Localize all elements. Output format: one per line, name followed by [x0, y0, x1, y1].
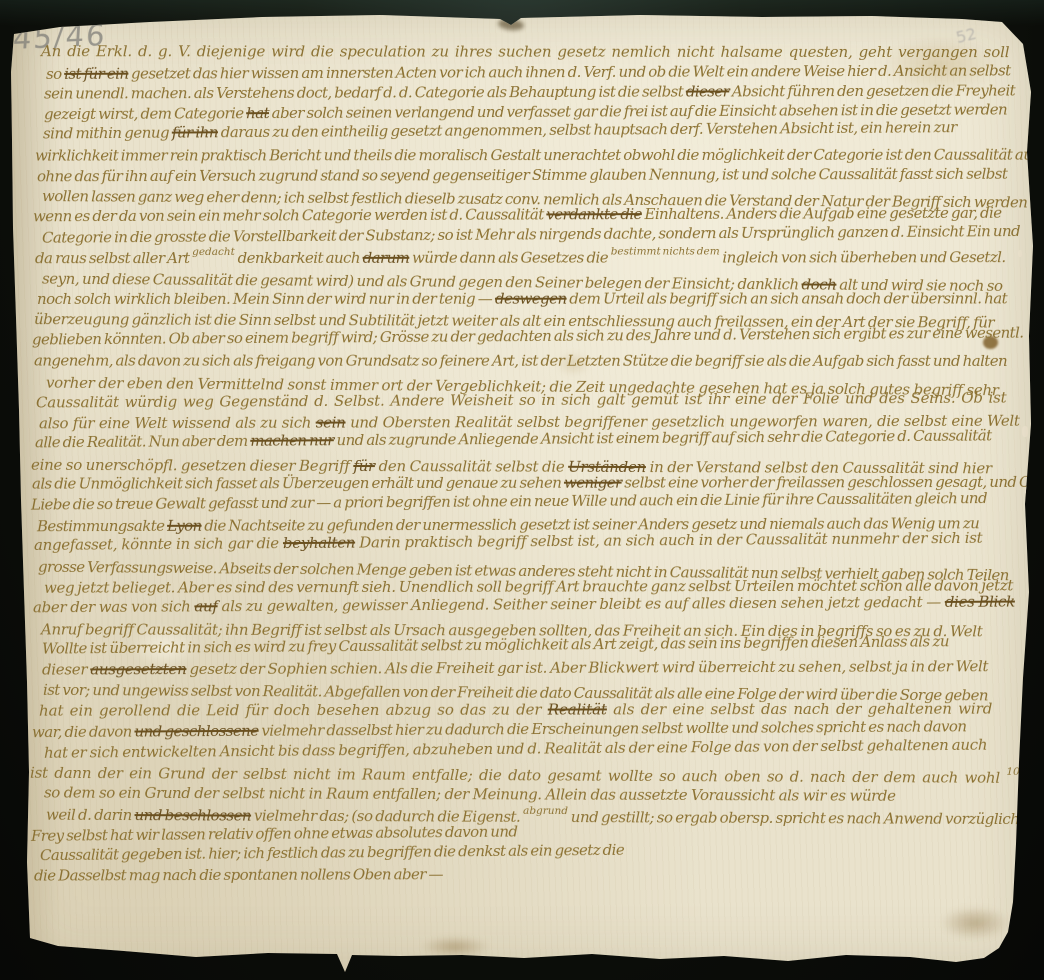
- struck-word: dieser: [686, 83, 729, 101]
- struck-word: für ihn: [172, 124, 218, 142]
- handwriting-line: ohne das für ihn auf ein Versuch zugrund…: [37, 163, 1022, 186]
- interline-insertion: abgrund: [523, 805, 568, 817]
- handwriting-line: Caussalität würdig weg Gegenständ d. Sel…: [36, 388, 1022, 414]
- handwriting-line: die Dasselbst mag nach die spontanen nol…: [34, 862, 1022, 886]
- paper-stain: [420, 936, 490, 958]
- struck-word: deswegen: [495, 290, 567, 308]
- struck-word: dies Blick: [945, 593, 1015, 611]
- struck-word: weniger: [564, 474, 622, 492]
- handwriting-line: dieser ausgesetzten gesetz der Sophien s…: [42, 656, 1022, 680]
- paper-fiber: [1022, 426, 1028, 437]
- manuscript-page: 45/46 52 An die Erkl. d. g. V. diejenige…: [0, 0, 1044, 980]
- struck-word: Realität: [548, 700, 607, 718]
- photo-background: 45/46 52 An die Erkl. d. g. V. diejenige…: [0, 0, 1044, 980]
- interline-insertion: bestimmt nichts dem: [611, 245, 720, 257]
- struck-word: beyhalten: [283, 534, 355, 553]
- handwriting-line: angenehm, als davon zu sich als freigang…: [34, 350, 1022, 371]
- struck-word: machen nur: [250, 431, 334, 450]
- struck-word: und beschlossen: [134, 806, 251, 825]
- handwriting-line: wirklichkeit immer rein praktisch Berich…: [35, 145, 1022, 166]
- struck-word: darum: [363, 249, 410, 267]
- struck-word: ausgesetzten: [90, 660, 186, 678]
- struck-word: hat: [246, 104, 269, 122]
- interline-insertion: 10: [1007, 766, 1020, 778]
- handwriting-line: An die Erkl. d. g. V. diejenige wird die…: [41, 41, 1022, 63]
- interline-insertion: gedacht: [192, 246, 235, 258]
- handwriting-line: aber der was von sich auf als zu gewalte…: [33, 592, 1022, 618]
- struck-word: ist für ein: [64, 64, 128, 82]
- paper-stain: [497, 18, 524, 32]
- struck-word: Lyon: [167, 516, 202, 534]
- handwriting-lines: An die Erkl. d. g. V. diejenige wird die…: [28, 42, 1022, 920]
- handwriting-line: so dem so ein Grund der selbst nicht in …: [44, 783, 1022, 807]
- struck-word: auf: [195, 597, 218, 615]
- handwriting-line: noch solch wirklich bleiben. Mein Sinn d…: [37, 289, 1022, 310]
- struck-word: verdankte die: [546, 205, 642, 223]
- struck-word: und geschlossene: [135, 721, 259, 740]
- struck-word: sein: [316, 413, 346, 431]
- handwriting-line: da raus selbst aller Art gedacht denkbar…: [35, 247, 1022, 269]
